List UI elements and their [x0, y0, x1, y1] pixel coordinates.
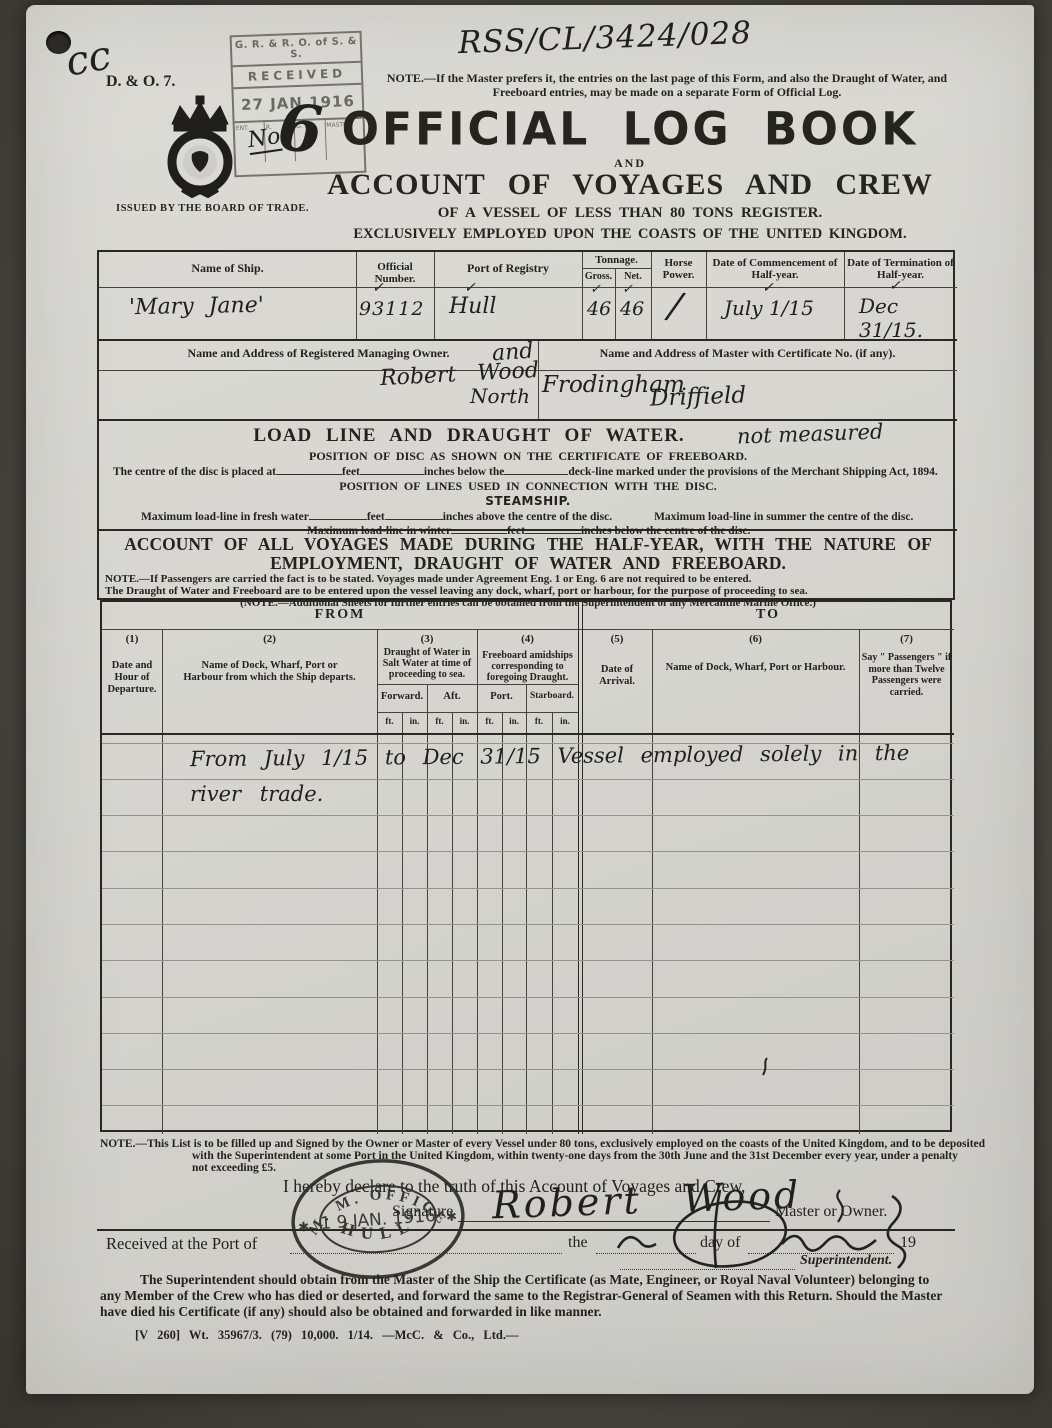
scanned-log-book-page: cc D. & O. 7. G. R. & R. O. of S. & S. R…: [0, 0, 1052, 1428]
check-net: ✓: [622, 282, 633, 297]
header-net: Net.: [615, 271, 651, 282]
check-number: ✓: [372, 280, 384, 296]
subheader-forward: Forward.: [377, 691, 427, 702]
hw-not-measured: not measured: [737, 419, 884, 448]
value-ship-name: 'Mary Jane': [129, 293, 264, 320]
in-label: in.: [402, 716, 427, 726]
value-commence: July 1/15: [724, 296, 814, 320]
issued-by-caption: ISSUED BY THE BOARD OF TRADE.: [116, 203, 309, 214]
value-port: Hull: [449, 294, 496, 319]
value-horse-power: /: [666, 285, 684, 327]
col3-label: Draught of Water in Salt Water at time o…: [379, 647, 475, 680]
col6-number: (6): [652, 633, 859, 645]
ft-label: ft.: [477, 716, 502, 726]
board-of-trade-crest-icon: [152, 94, 248, 202]
mm-office-hull-stamp: M. M. OFFICE 1 9 JAN. 1916 HULL ✱ ✱: [284, 1150, 472, 1288]
received-at-port-label: Received at the Port of: [106, 1234, 257, 1254]
subtitle: ACCOUNT OF VOYAGES AND CREW: [320, 168, 940, 202]
header-gross: Gross.: [582, 271, 615, 282]
load-line-title: LOAD LINE AND DRAUGHT OF WATER.: [99, 425, 839, 447]
subheader-aft: Aft.: [427, 691, 477, 702]
subheader-port: Port.: [477, 691, 526, 702]
in-label: in.: [452, 716, 477, 726]
port-fill-line: [290, 1252, 562, 1254]
upper-form-box: Name of Ship. Official Number. Port of R…: [97, 250, 955, 600]
hw-addr-driffield: Driffield: [650, 382, 747, 411]
ft-label: ft.: [377, 716, 402, 726]
header-port-of-registry: Port of Registry: [434, 261, 582, 276]
the-label: the: [568, 1234, 588, 1252]
col4-number: (4): [477, 633, 578, 645]
title-line3: OF A VESSEL OF LESS THAN 80 TONS REGISTE…: [330, 205, 930, 222]
top-note-line2: Freeboard entries, may be made on a sepa…: [372, 85, 962, 100]
top-note-line1: NOTE.—If the Master prefers it, the entr…: [372, 71, 962, 86]
header-official-number: Official Number.: [356, 261, 434, 285]
main-title: OFFICIAL LOG BOOK: [330, 103, 930, 156]
lines-heading: POSITION OF LINES USED IN CONNECTION WIT…: [99, 479, 957, 494]
col5-label: Date of Arrival.: [582, 664, 652, 688]
disc-heading: POSITION OF DISC AS SHOWN ON THE CERTIFI…: [99, 449, 957, 464]
ft-label: ft.: [427, 716, 452, 726]
col2-label: Name of Dock, Wharf, Port or Harbour fro…: [182, 660, 357, 684]
steamship-heading: STEAMSHIP.: [99, 494, 957, 508]
footer-note-line3: not exceeding £5.: [192, 1162, 276, 1174]
voyages-note1: NOTE.—If Passengers are carried the fact…: [105, 573, 951, 585]
superintendent-signature-flourish: [600, 1186, 940, 1276]
header-name-of-ship: Name of Ship.: [99, 261, 356, 276]
in-label: in.: [502, 716, 526, 726]
superintendent-para-line3: have died his Certificate (if any) shoul…: [100, 1304, 952, 1320]
value-terminate: Dec 31/15.: [859, 294, 953, 342]
to-band-label: TO: [582, 607, 954, 623]
hw-addr-north: North: [470, 384, 530, 408]
value-net: 46: [620, 298, 644, 320]
col4-label: Freeboard amidships corresponding to for…: [479, 650, 576, 683]
col7-number: (7): [859, 633, 954, 645]
from-band-label: FROM: [102, 607, 578, 623]
ft-label: ft.: [526, 716, 552, 726]
stamp-star-right: ✱: [445, 1209, 457, 1225]
subheader-starboard: Starboard.: [526, 691, 578, 701]
title-line4: EXCLUSIVELY EMPLOYED UPON THE COASTS OF …: [310, 226, 950, 243]
superintendent-para-line1: The Superintendent should obtain from th…: [140, 1272, 952, 1288]
col3-number: (3): [377, 633, 477, 645]
stray-ink-mark: [760, 1057, 770, 1077]
col2-number: (2): [162, 633, 377, 645]
voyage-entry-line2: river trade.: [190, 782, 323, 806]
voyages-note2: The Draught of Water and Freeboard are t…: [105, 585, 951, 597]
voyages-heading-line2: EMPLOYMENT, DRAUGHT OF WATER AND FREEBOA…: [99, 553, 957, 574]
col1-number: (1): [102, 633, 162, 645]
col5-number: (5): [582, 633, 652, 645]
col1-label: Date and Hour of Departure.: [104, 660, 160, 696]
stamp-office-line: G. R. & R. O. of S. & S.: [232, 33, 361, 67]
header-tonnage: Tonnage.: [582, 254, 651, 266]
voyages-heading-line1: ACCOUNT OF ALL VOYAGES MADE DURING THE H…: [99, 534, 957, 555]
disc-line: The centre of the disc is placed atfeeti…: [113, 464, 957, 478]
value-official-number: 93112: [359, 298, 424, 320]
stamp-star-left: ✱: [298, 1219, 310, 1235]
superintendent-para-line2: any Member of the Crew who has died or d…: [100, 1288, 952, 1304]
handwritten-no-value: 6: [275, 91, 325, 169]
voyage-table: FROM TO (1) (2) (3) (4) (5) (6) (7) Date…: [100, 600, 952, 1132]
header-horse-power: Horse Power.: [651, 257, 706, 281]
value-gross: 46: [587, 298, 611, 320]
col7-label: Say " Passengers " if more than Twelve P…: [861, 652, 952, 698]
fresh-water-line: Maximum load-line in fresh waterfeetinch…: [141, 509, 941, 523]
check-commence: ✓: [762, 280, 774, 296]
header-master: Name and Address of Master with Certific…: [538, 346, 957, 361]
check-gross: ✓: [590, 282, 601, 297]
check-terminate: ✓: [889, 278, 901, 294]
voyage-entry-line1: From July 1/15 to Dec 31/15 Vessel emplo…: [190, 741, 909, 771]
form-code: D. & O. 7.: [106, 73, 175, 91]
printer-imprint: [V 260] Wt. 35967/3. (79) 10,000. 1/14. …: [135, 1328, 518, 1343]
col6-label: Name of Dock, Wharf, Port or Harbour.: [662, 662, 849, 674]
header-commencement: Date of Commencement of Half-year.: [706, 257, 844, 281]
footer-note-line1: NOTE.—This List is to be filled up and S…: [100, 1138, 952, 1150]
in-label: in.: [552, 716, 578, 726]
header-managing-owner: Name and Address of Registered Managing …: [99, 346, 538, 361]
